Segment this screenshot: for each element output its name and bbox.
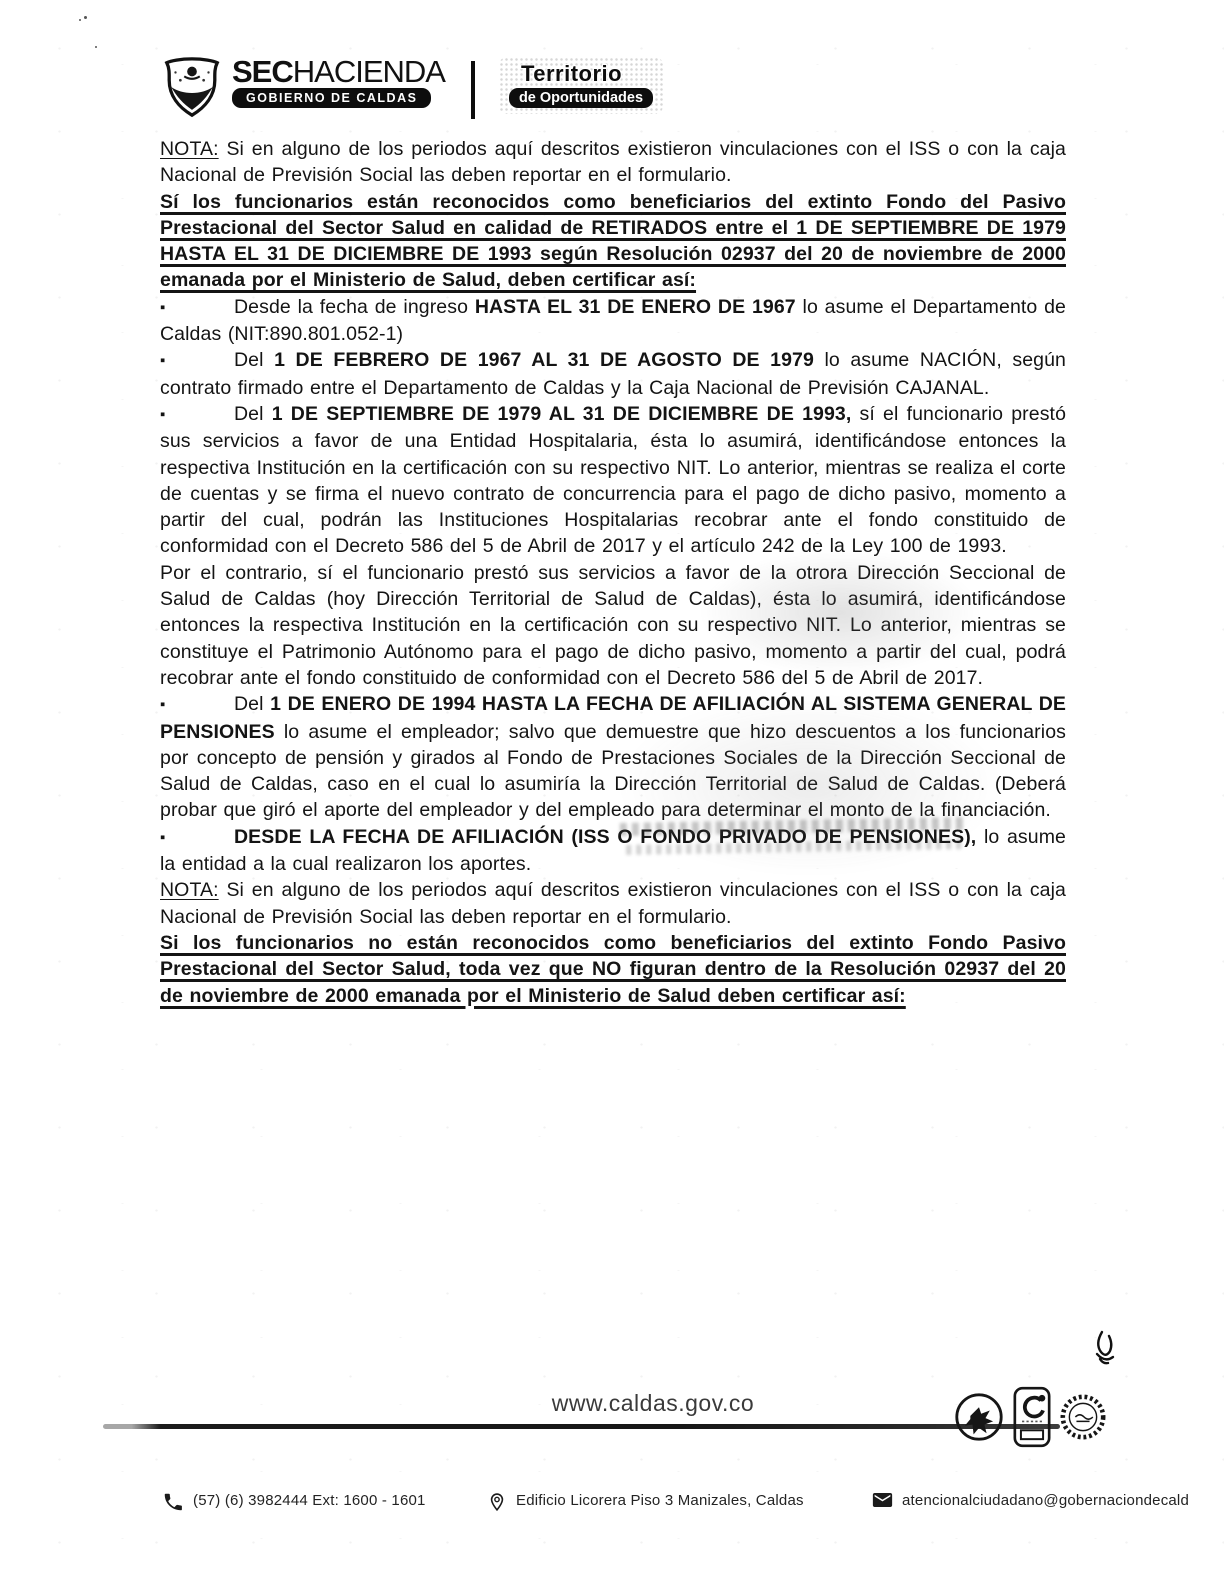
email-text: atencionalciudadano@gobernaciondecald: [902, 1492, 1189, 1509]
handwritten-paraph-mark: [1088, 1326, 1122, 1374]
phone-icon: [162, 1491, 184, 1513]
phone-number: (57) (6) 3982444 Ext: 1600 - 1601: [193, 1492, 426, 1509]
slogan-badge: Territorio de Oportunidades: [499, 57, 663, 114]
letterhead: SECHACIENDA GOBIERNO DE CALDAS Territori…: [160, 55, 663, 121]
round-certification-seal-icon: [1059, 1393, 1107, 1441]
brand-title-rest: HACIENDA: [293, 54, 445, 89]
certification-badge-icon: [1012, 1386, 1052, 1448]
bullet-square-icon: ▪: [160, 402, 234, 428]
location-pin-icon: [487, 1491, 507, 1513]
bullet-item-5: ▪DESDE LA FECHA DE AFILIACIÓN (ISS O FON…: [160, 824, 1066, 878]
bullet-3-bold: 1 DE SEPTIEMBRE DE 1979 AL 31 DE DICIEMB…: [272, 403, 852, 425]
caldas-shield-logo: [160, 55, 224, 121]
bullet-item-1: ▪Desde la fecha de ingreso HASTA EL 31 D…: [160, 294, 1066, 348]
address-text: Edificio Licorera Piso 3 Manizales, Cald…: [516, 1492, 804, 1509]
bullet-4-prefix: Del: [234, 693, 270, 715]
slogan-line-1: Territorio: [509, 61, 653, 87]
footer-phone: (57) (6) 3982444 Ext: 1600 - 1601: [162, 1492, 426, 1513]
section-heading-retirados: Sí los funcionarios están reconocidos co…: [160, 189, 1066, 294]
document-body: NOTA: Si en alguno de los periodos aquí …: [160, 136, 1066, 1009]
bullet-item-2: ▪Del 1 DE FEBRERO DE 1967 AL 31 DE AGOST…: [160, 347, 1066, 401]
slogan-line-2: de Oportunidades: [509, 88, 653, 108]
header-divider: [471, 61, 475, 119]
paragraph-por-el-contrario: Por el contrario, sí el funcionario pres…: [160, 560, 1066, 691]
bullet-item-3: ▪Del 1 DE SEPTIEMBRE DE 1979 AL 31 DE DI…: [160, 401, 1066, 560]
nota-paragraph-2: NOTA: Si en alguno de los periodos aquí …: [160, 877, 1066, 930]
footer-divider-line: [103, 1424, 1060, 1429]
bullet-3-rest: sí el funcionario prestó sus servicios a…: [160, 403, 1066, 557]
nota-paragraph-1: NOTA: Si en alguno de los periodos aquí …: [160, 136, 1066, 189]
nota-label: NOTA:: [160, 879, 219, 901]
scan-speck: [79, 19, 81, 21]
bullet-1-bold: HASTA EL 31 DE ENERO DE 1967: [475, 296, 796, 318]
envelope-icon: [872, 1491, 893, 1509]
nota-text: Si en alguno de los periodos aquí descri…: [160, 138, 1066, 186]
bullet-square-icon: ▪: [160, 348, 234, 374]
bullet-square-icon: ▪: [160, 295, 234, 321]
bullet-2-bold: 1 DE FEBRERO DE 1967 AL 31 DE AGOSTO DE …: [274, 349, 814, 371]
nota-label: NOTA:: [160, 138, 219, 160]
footer-address: Edificio Licorera Piso 3 Manizales, Cald…: [487, 1492, 804, 1513]
brand-title: SECHACIENDA: [232, 57, 445, 87]
bullet-square-icon: ▪: [160, 692, 234, 718]
bullet-square-icon: ▪: [160, 825, 234, 851]
certification-seal-icon: [953, 1391, 1005, 1443]
bullet-1-prefix: Desde la fecha de ingreso: [234, 296, 475, 318]
section-heading-no-reconocidos: Si los funcionarios no están reconocidos…: [160, 930, 1066, 1009]
bullet-item-4: ▪Del 1 DE ENERO DE 1994 HASTA LA FECHA D…: [160, 691, 1066, 823]
nota-text: Si en alguno de los periodos aquí descri…: [160, 879, 1066, 927]
scanned-document-page: SECHACIENDA GOBIERNO DE CALDAS Territori…: [0, 0, 1224, 1584]
brand-title-sec: SEC: [232, 54, 293, 89]
bullet-3-prefix: Del: [234, 403, 272, 425]
certification-seals: [953, 1386, 1107, 1448]
brand-block: SECHACIENDA GOBIERNO DE CALDAS: [232, 57, 445, 108]
bullet-2-prefix: Del: [234, 349, 274, 371]
scan-speck: [95, 46, 97, 48]
bullet-4-rest: lo asume el empleador; salvo que demuest…: [160, 721, 1066, 822]
bullet-5-bold: DESDE LA FECHA DE AFILIACIÓN (ISS O FOND…: [234, 826, 976, 848]
footer-email: atencionalciudadano@gobernaciondecald: [872, 1492, 1189, 1509]
scan-speck: [84, 16, 87, 19]
brand-banner: GOBIERNO DE CALDAS: [232, 88, 431, 108]
